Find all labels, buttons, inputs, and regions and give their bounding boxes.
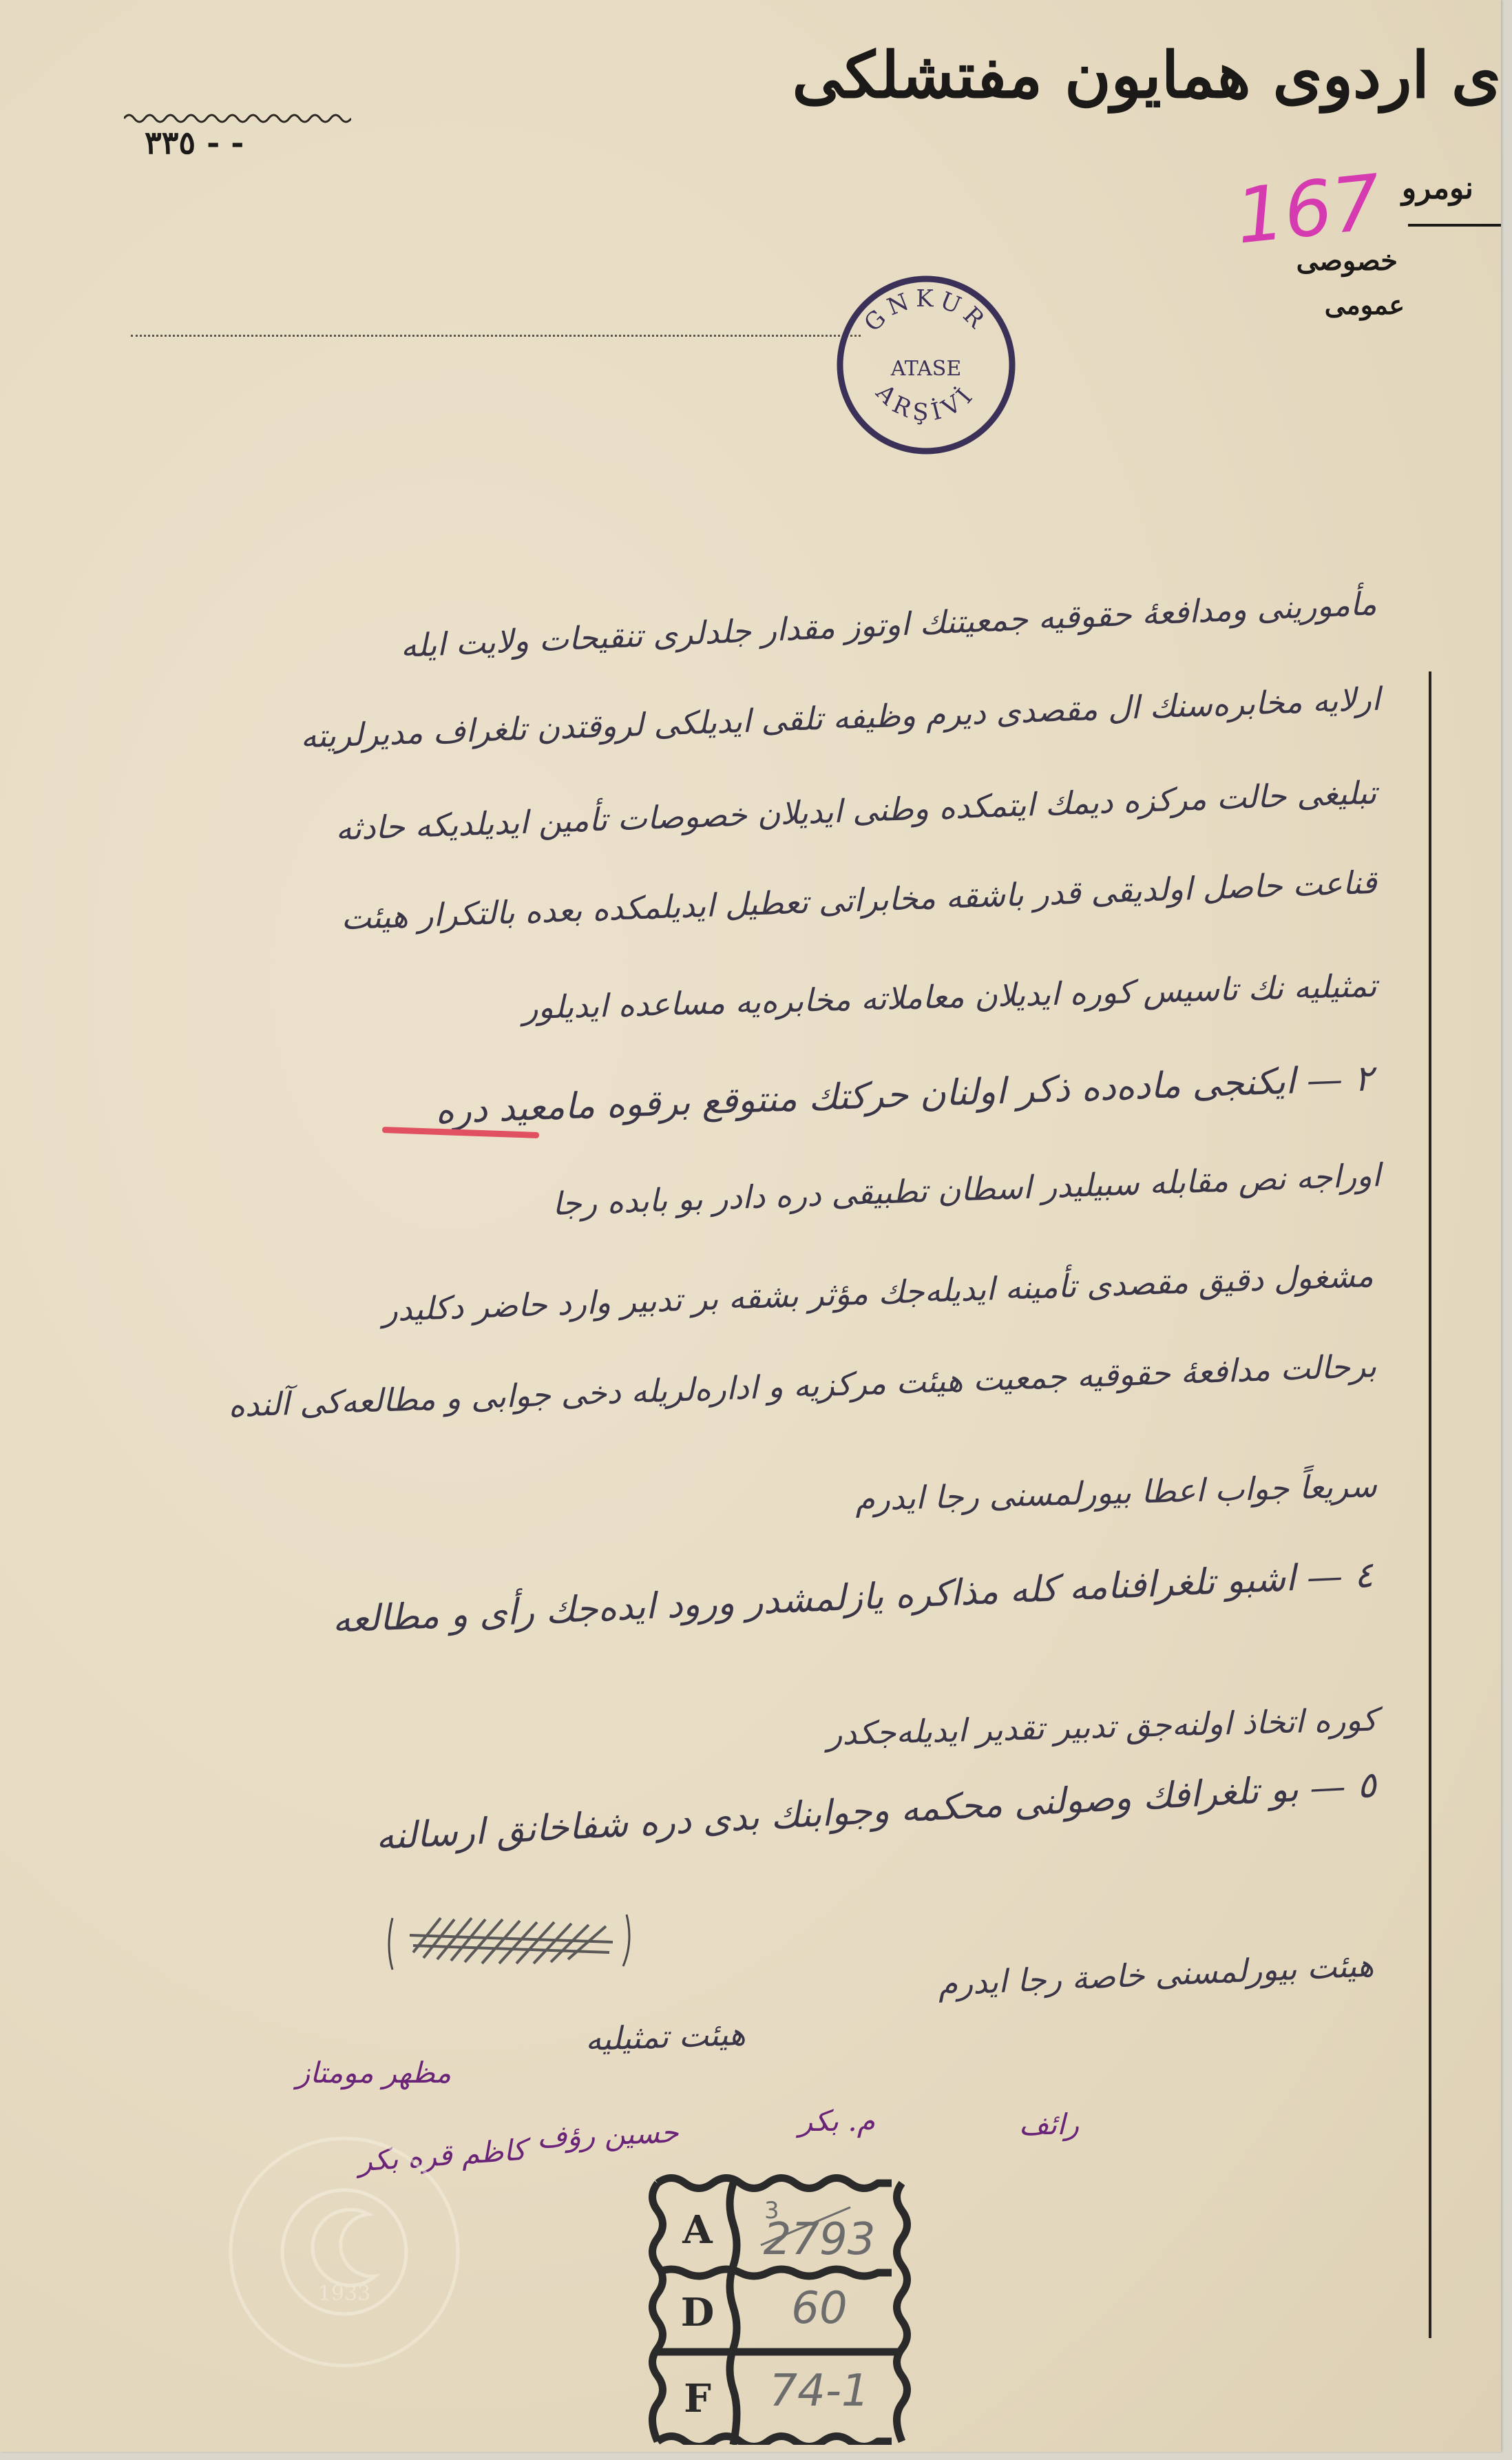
body-line: سریعاً جواب اعطا بیورلمسنی رجا ایدرم	[855, 1467, 1378, 1518]
numero-underline	[1408, 224, 1501, 227]
stamp-value-a: 2793	[740, 2214, 899, 2265]
stamp-value-d: 60	[740, 2283, 899, 2334]
file-number-handwritten: 167	[1232, 158, 1385, 260]
body-line-paragraph-5: ٥ — بو تلغرافك وصولنی محکمه وجوابنك بدی …	[375, 1764, 1378, 1858]
body-line-paragraph-4: ٤ — اشبو تلغرافنامه کله مذاکره یازلمشدر …	[331, 1554, 1374, 1641]
body-line: تمثیلیه نك تاسیس کوره ایدیلان معاملاته م…	[523, 967, 1378, 1026]
struck-out-text: (مصطفی کمال)	[386, 1904, 633, 1973]
stamp-label-a: A	[663, 2207, 732, 2253]
body-line: ارلایه مخابره‌سنك ال مقصدی دیرم وظیفه تل…	[300, 680, 1381, 755]
dotted-rule	[131, 335, 861, 337]
body-line: کوره اتخاذ اولنه‌جق تدبیر تقدیر ایدیله‌ج…	[826, 1701, 1377, 1753]
svg-text:ARŞİVİ: ARŞİVİ	[870, 379, 981, 427]
body-line: تبلیغی حالت مرکزه دیمك ایتمکده وطنی ایدی…	[335, 774, 1378, 848]
signature-mazhar-mumtaz: مظهر مومتاز	[296, 2056, 451, 2089]
signature-block-title: هیئت تمثیلیه	[585, 2015, 746, 2058]
body-line: قناعت حاصل اولدیقی قدر باشقه مخابراتی تع…	[340, 864, 1377, 937]
document-page: ٣٣٥ - - ی اردوی همایون مفتشلکی نومرو خصو…	[0, 0, 1501, 2452]
public-label: عمومی	[1325, 289, 1405, 320]
archive-reference-stamp: A 3 2793 D 60 F 74-1	[637, 2156, 919, 2445]
reference-number: ٣٣٥ - -	[145, 124, 244, 161]
body-line: اوراجه نص مقابله سبیلیدر اسطان تطبیقی در…	[552, 1156, 1381, 1222]
body-line: برحالت مدافعهٔ حقوقیه جمعیت هیئت مرکزیه …	[228, 1347, 1377, 1424]
body-line: هیئت بیورلمسنی خاصة رجا ایدرم	[937, 1946, 1374, 2003]
signature-raif: رائف	[1019, 2107, 1079, 2141]
margin-line	[1429, 671, 1431, 2338]
archive-seal: GNKUR ATASE ARŞİVİ	[833, 272, 1019, 458]
letterhead-title: ی اردوی همایون مفتشلکی	[792, 38, 1501, 112]
body-line: مأمورینی ومدافعهٔ حقوقیه جمعیتنك اوتوز م…	[400, 585, 1378, 665]
signature-huseyin-rauf: حسین رؤف	[536, 2115, 679, 2154]
embossed-seal-year: 1933	[318, 2282, 370, 2306]
numero-label: نومرو	[1402, 171, 1473, 206]
embossed-seal: 1933	[227, 2135, 461, 2369]
body-line-paragraph-2: ٢ — ایکنجی ماده‌ده ذکر اولنان حرکتك منتو…	[435, 1058, 1374, 1132]
signature-bekir: م. بکر	[799, 2104, 875, 2138]
seal-bottom-text: ARŞİVİ	[870, 379, 981, 427]
seal-center-text: ATASE	[890, 357, 962, 381]
stamp-label-f: F	[663, 2376, 732, 2421]
stamp-value-f: 74-1	[740, 2366, 899, 2417]
stamp-label-d: D	[663, 2290, 732, 2335]
body-line: مشغول دقیق مقصدی تأمینه ایدیله‌جك مؤثر ب…	[381, 1257, 1374, 1328]
